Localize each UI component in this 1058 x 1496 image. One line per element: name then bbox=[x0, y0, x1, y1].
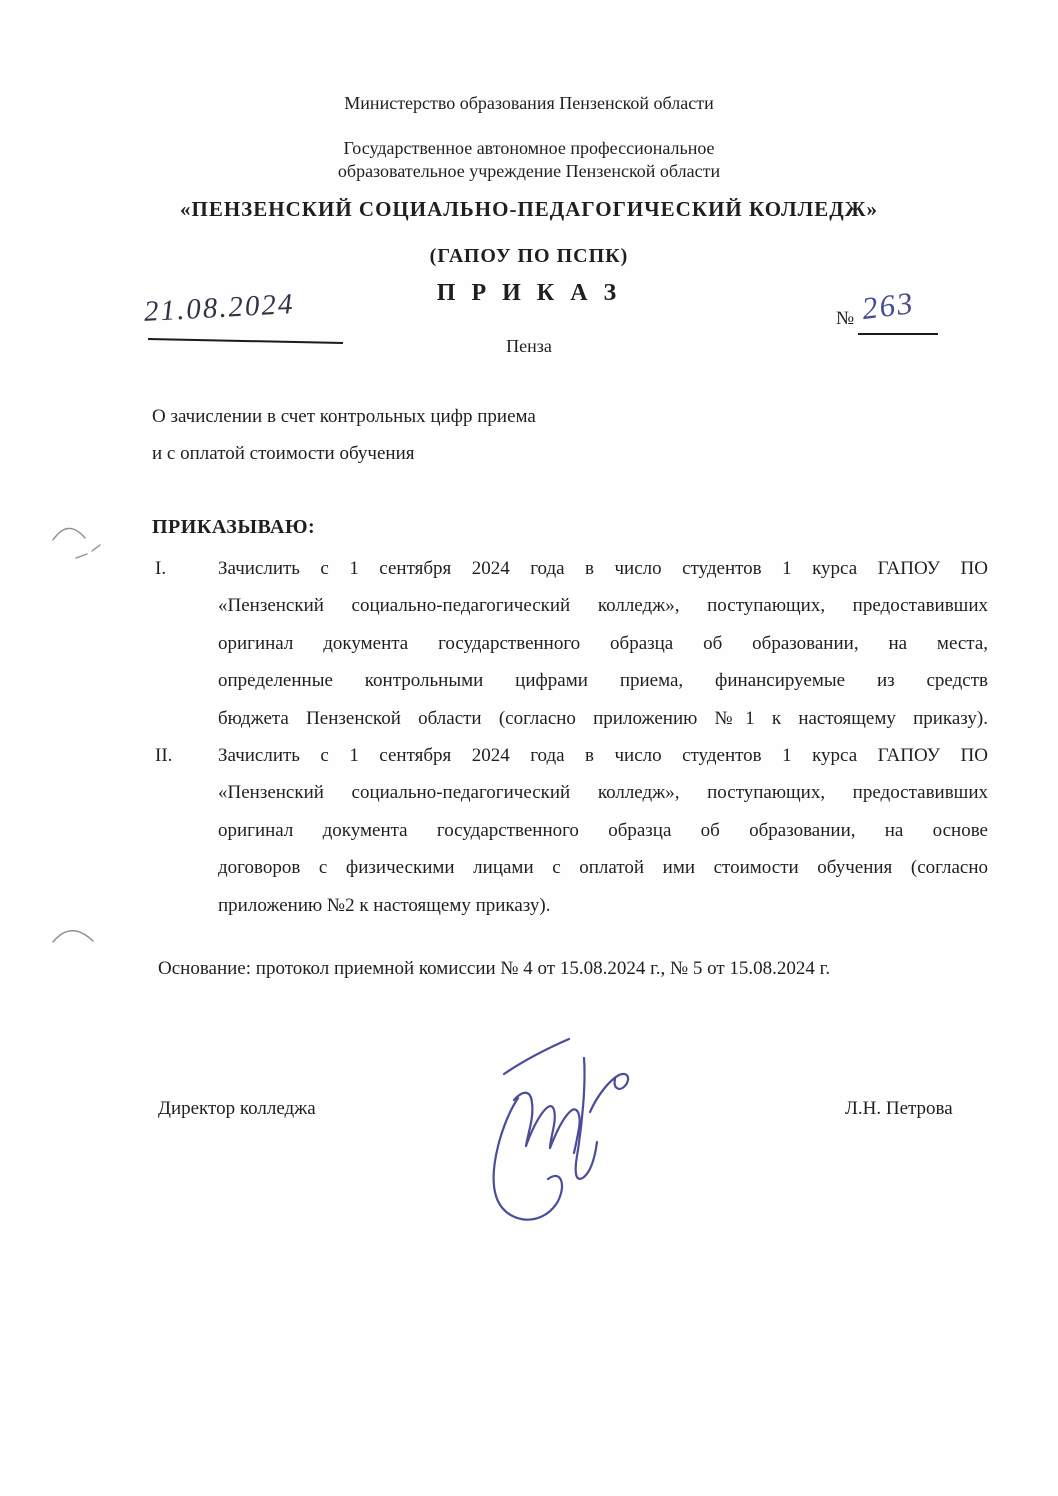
handwritten-number: 263 bbox=[860, 285, 916, 327]
order-item-line: договоров с физическими лицами с оплатой… bbox=[218, 849, 988, 886]
city-line: Пенза bbox=[0, 335, 1058, 358]
signer-role: Директор колледжа bbox=[158, 1098, 316, 1120]
org-name-line1: Государственное автономное профессиональ… bbox=[0, 137, 1058, 160]
order-items: I. Зачислить с 1 сентября 2024 года в чи… bbox=[155, 550, 988, 924]
scanned-order-document: Министерство образования Пензенской обла… bbox=[0, 0, 1058, 1496]
item-numeral: I. bbox=[155, 550, 218, 737]
item-text: Зачислить с 1 сентября 2024 года в число… bbox=[218, 550, 988, 737]
order-heading: ПРИКАЗЫВАЮ: bbox=[152, 516, 315, 539]
pen-mark-arc-lower bbox=[50, 916, 98, 950]
item-numeral: II. bbox=[155, 737, 218, 924]
ministry-line: Министерство образования Пензенской обла… bbox=[0, 92, 1058, 115]
order-item-line: Зачислить с 1 сентября 2024 года в число… bbox=[218, 737, 988, 774]
org-name-line2: образовательное учреждение Пензенской об… bbox=[0, 160, 1058, 183]
order-item-line: «Пензенский социально-педагогический кол… bbox=[218, 587, 988, 624]
order-item-line: «Пензенский социально-педагогический кол… bbox=[218, 774, 988, 811]
college-abbreviation: (ГАПОУ ПО ПСПК) bbox=[0, 245, 1058, 268]
order-item-line: оригинал документа государственного обра… bbox=[218, 812, 988, 849]
order-item-line: Зачислить с 1 сентября 2024 года в число… bbox=[218, 550, 988, 587]
college-name: «ПЕНЗЕНСКИЙ СОЦИАЛЬНО-ПЕДАГОГИЧЕСКИЙ КОЛ… bbox=[0, 197, 1058, 222]
signer-name: Л.Н. Петрова bbox=[845, 1098, 953, 1120]
subject-line1: О зачислении в счет контрольных цифр при… bbox=[152, 406, 536, 428]
order-item-line: приложению №2 к настоящему приказу). bbox=[218, 887, 988, 924]
number-sign-label: № bbox=[836, 308, 854, 330]
order-item-line: определенные контрольными цифрами приема… bbox=[218, 662, 988, 699]
order-item-line: бюджета Пензенской области (согласно при… bbox=[218, 700, 988, 737]
signature-image bbox=[478, 1030, 658, 1245]
item-text: Зачислить с 1 сентября 2024 года в число… bbox=[218, 737, 988, 924]
handwritten-date: 21.08.2024 bbox=[143, 288, 295, 329]
order-item-2: II. Зачислить с 1 сентября 2024 года в ч… bbox=[155, 737, 988, 924]
basis-line: Основание: протокол приемной комиссии № … bbox=[158, 958, 830, 980]
subject-line2: и с оплатой стоимости обучения bbox=[152, 443, 414, 465]
order-item-1: I. Зачислить с 1 сентября 2024 года в чи… bbox=[155, 550, 988, 737]
order-item-line: оригинал документа государственного обра… bbox=[218, 625, 988, 662]
pen-mark-arc-upper bbox=[48, 508, 110, 566]
